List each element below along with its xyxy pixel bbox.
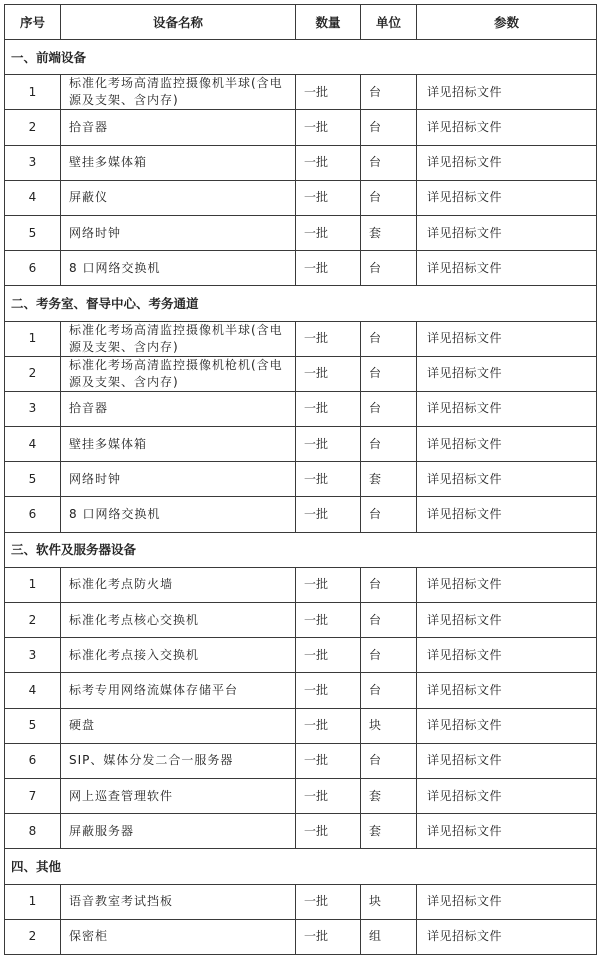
quantity-cell: 一批: [296, 462, 361, 497]
quantity-cell: 一批: [296, 603, 361, 638]
table-row: 5网络时钟一批套详见招标文件: [5, 462, 597, 497]
header-parameters: 参数: [417, 5, 597, 40]
quantity-cell: 一批: [296, 356, 361, 391]
unit-cell: 台: [361, 180, 417, 215]
unit-cell: 台: [361, 321, 417, 356]
parameters-cell: 详见招标文件: [417, 673, 597, 708]
parameters-cell: 详见招标文件: [417, 251, 597, 286]
parameters-cell: 详见招标文件: [417, 145, 597, 180]
table-row: 2标准化考场高清监控摄像机枪机(含电源及支架、含内存)一批台详见招标文件: [5, 356, 597, 391]
unit-cell: 组: [361, 919, 417, 954]
header-row: 序号 设备名称 数量 单位 参数: [5, 5, 597, 40]
table-row: 4标考专用网络流媒体存储平台一批台详见招标文件: [5, 673, 597, 708]
table-row: 68 口网络交换机一批台详见招标文件: [5, 497, 597, 532]
parameters-cell: 详见招标文件: [417, 462, 597, 497]
unit-cell: 台: [361, 251, 417, 286]
section-title: 一、前端设备: [5, 40, 597, 75]
quantity-cell: 一批: [296, 814, 361, 849]
quantity-cell: 一批: [296, 75, 361, 110]
table-row: 3拾音器一批台详见招标文件: [5, 391, 597, 426]
unit-cell: 台: [361, 391, 417, 426]
table-row: 2保密柜一批组详见招标文件: [5, 919, 597, 954]
equipment-list-table: 序号 设备名称 数量 单位 参数 一、前端设备1标准化考场高清监控摄像机半球(含…: [4, 4, 597, 955]
table-row: 4壁挂多媒体箱一批台详见招标文件: [5, 427, 597, 462]
unit-cell: 台: [361, 638, 417, 673]
device-name-cell: 拾音器: [61, 110, 296, 145]
quantity-cell: 一批: [296, 673, 361, 708]
row-index-cell: 4: [5, 180, 61, 215]
quantity-cell: 一批: [296, 391, 361, 426]
unit-cell: 套: [361, 462, 417, 497]
device-name-cell: 8 口网络交换机: [61, 497, 296, 532]
section-title: 二、考务室、督导中心、考务通道: [5, 286, 597, 321]
parameters-cell: 详见招标文件: [417, 884, 597, 919]
header-quantity: 数量: [296, 5, 361, 40]
row-index-cell: 1: [5, 75, 61, 110]
header-device-name: 设备名称: [61, 5, 296, 40]
parameters-cell: 详见招标文件: [417, 603, 597, 638]
section-row: 一、前端设备: [5, 40, 597, 75]
row-index-cell: 6: [5, 497, 61, 532]
row-index-cell: 2: [5, 919, 61, 954]
quantity-cell: 一批: [296, 497, 361, 532]
row-index-cell: 5: [5, 708, 61, 743]
device-name-cell: 8 口网络交换机: [61, 251, 296, 286]
table-row: 1语音教室考试挡板一批块详见招标文件: [5, 884, 597, 919]
parameters-cell: 详见招标文件: [417, 814, 597, 849]
device-name-cell: 标准化考点接入交换机: [61, 638, 296, 673]
row-index-cell: 8: [5, 814, 61, 849]
row-index-cell: 3: [5, 145, 61, 180]
parameters-cell: 详见招标文件: [417, 110, 597, 145]
table-row: 1标准化考点防火墙一批台详见招标文件: [5, 567, 597, 602]
device-name-cell: 标准化考点核心交换机: [61, 603, 296, 638]
table-row: 8屏蔽服务器一批套详见招标文件: [5, 814, 597, 849]
table-row: 5网络时钟一批套详见招标文件: [5, 215, 597, 250]
unit-cell: 台: [361, 603, 417, 638]
row-index-cell: 4: [5, 427, 61, 462]
table-row: 1标准化考场高清监控摄像机半球(含电源及支架、含内存)一批台详见招标文件: [5, 321, 597, 356]
device-name-cell: 网络时钟: [61, 215, 296, 250]
row-index-cell: 7: [5, 778, 61, 813]
unit-cell: 台: [361, 673, 417, 708]
quantity-cell: 一批: [296, 638, 361, 673]
device-name-cell: 标准化考场高清监控摄像机枪机(含电源及支架、含内存): [61, 356, 296, 391]
unit-cell: 块: [361, 884, 417, 919]
parameters-cell: 详见招标文件: [417, 427, 597, 462]
table-row: 4屏蔽仪一批台详见招标文件: [5, 180, 597, 215]
device-name-cell: 保密柜: [61, 919, 296, 954]
unit-cell: 台: [361, 743, 417, 778]
unit-cell: 套: [361, 778, 417, 813]
quantity-cell: 一批: [296, 778, 361, 813]
section-row: 三、软件及服务器设备: [5, 532, 597, 567]
device-name-cell: 标考专用网络流媒体存储平台: [61, 673, 296, 708]
parameters-cell: 详见招标文件: [417, 215, 597, 250]
row-index-cell: 6: [5, 743, 61, 778]
row-index-cell: 1: [5, 884, 61, 919]
parameters-cell: 详见招标文件: [417, 356, 597, 391]
unit-cell: 台: [361, 145, 417, 180]
row-index-cell: 6: [5, 251, 61, 286]
table-row: 1标准化考场高清监控摄像机半球(含电源及支架、含内存)一批台详见招标文件: [5, 75, 597, 110]
table-body: 一、前端设备1标准化考场高清监控摄像机半球(含电源及支架、含内存)一批台详见招标…: [5, 40, 597, 955]
unit-cell: 块: [361, 708, 417, 743]
device-name-cell: 标准化考点防火墙: [61, 567, 296, 602]
quantity-cell: 一批: [296, 743, 361, 778]
device-name-cell: 硬盘: [61, 708, 296, 743]
section-row: 四、其他: [5, 849, 597, 884]
parameters-cell: 详见招标文件: [417, 778, 597, 813]
device-name-cell: 标准化考场高清监控摄像机半球(含电源及支架、含内存): [61, 75, 296, 110]
row-index-cell: 2: [5, 603, 61, 638]
header-unit: 单位: [361, 5, 417, 40]
device-name-cell: 网上巡查管理软件: [61, 778, 296, 813]
quantity-cell: 一批: [296, 919, 361, 954]
unit-cell: 台: [361, 427, 417, 462]
quantity-cell: 一批: [296, 215, 361, 250]
row-index-cell: 3: [5, 391, 61, 426]
table-row: 2标准化考点核心交换机一批台详见招标文件: [5, 603, 597, 638]
unit-cell: 台: [361, 497, 417, 532]
device-name-cell: SIP、媒体分发二合一服务器: [61, 743, 296, 778]
parameters-cell: 详见招标文件: [417, 75, 597, 110]
row-index-cell: 5: [5, 462, 61, 497]
quantity-cell: 一批: [296, 884, 361, 919]
parameters-cell: 详见招标文件: [417, 708, 597, 743]
quantity-cell: 一批: [296, 427, 361, 462]
device-name-cell: 屏蔽仪: [61, 180, 296, 215]
table-row: 5硬盘一批块详见招标文件: [5, 708, 597, 743]
row-index-cell: 3: [5, 638, 61, 673]
row-index-cell: 5: [5, 215, 61, 250]
table-row: 3标准化考点接入交换机一批台详见招标文件: [5, 638, 597, 673]
unit-cell: 套: [361, 215, 417, 250]
parameters-cell: 详见招标文件: [417, 321, 597, 356]
quantity-cell: 一批: [296, 145, 361, 180]
unit-cell: 套: [361, 814, 417, 849]
quantity-cell: 一批: [296, 180, 361, 215]
device-name-cell: 网络时钟: [61, 462, 296, 497]
device-name-cell: 壁挂多媒体箱: [61, 145, 296, 180]
quantity-cell: 一批: [296, 321, 361, 356]
quantity-cell: 一批: [296, 251, 361, 286]
row-index-cell: 1: [5, 321, 61, 356]
quantity-cell: 一批: [296, 567, 361, 602]
parameters-cell: 详见招标文件: [417, 180, 597, 215]
device-name-cell: 语音教室考试挡板: [61, 884, 296, 919]
device-name-cell: 屏蔽服务器: [61, 814, 296, 849]
header-index: 序号: [5, 5, 61, 40]
device-name-cell: 壁挂多媒体箱: [61, 427, 296, 462]
table-row: 6SIP、媒体分发二合一服务器一批台详见招标文件: [5, 743, 597, 778]
parameters-cell: 详见招标文件: [417, 497, 597, 532]
section-title: 三、软件及服务器设备: [5, 532, 597, 567]
row-index-cell: 2: [5, 110, 61, 145]
table-row: 7网上巡查管理软件一批套详见招标文件: [5, 778, 597, 813]
section-row: 二、考务室、督导中心、考务通道: [5, 286, 597, 321]
row-index-cell: 1: [5, 567, 61, 602]
unit-cell: 台: [361, 356, 417, 391]
row-index-cell: 4: [5, 673, 61, 708]
parameters-cell: 详见招标文件: [417, 391, 597, 426]
unit-cell: 台: [361, 75, 417, 110]
table-row: 68 口网络交换机一批台详见招标文件: [5, 251, 597, 286]
section-title: 四、其他: [5, 849, 597, 884]
device-name-cell: 标准化考场高清监控摄像机半球(含电源及支架、含内存): [61, 321, 296, 356]
unit-cell: 台: [361, 110, 417, 145]
parameters-cell: 详见招标文件: [417, 567, 597, 602]
device-name-cell: 拾音器: [61, 391, 296, 426]
table-row: 2拾音器一批台详见招标文件: [5, 110, 597, 145]
parameters-cell: 详见招标文件: [417, 638, 597, 673]
table-row: 3壁挂多媒体箱一批台详见招标文件: [5, 145, 597, 180]
parameters-cell: 详见招标文件: [417, 743, 597, 778]
row-index-cell: 2: [5, 356, 61, 391]
quantity-cell: 一批: [296, 110, 361, 145]
unit-cell: 台: [361, 567, 417, 602]
parameters-cell: 详见招标文件: [417, 919, 597, 954]
quantity-cell: 一批: [296, 708, 361, 743]
